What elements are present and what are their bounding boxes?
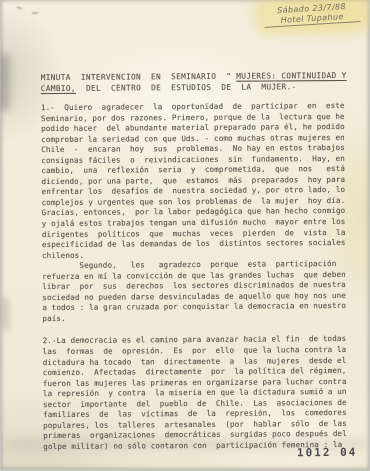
handwritten-note: Sábado 23/7/88 Hotel Tupahue <box>259 0 364 31</box>
title-line2-underlined: CAMBIO, <box>41 84 76 93</box>
page-number-stamp: 1012 04 <box>297 446 357 460</box>
scanned-page: Sábado 23/7/88 Hotel Tupahue MINUTA INTE… <box>0 0 370 471</box>
scan-smudge <box>0 54 10 110</box>
title-line1-plain: MINUTA INTERVENCION EN SEMINARIO " <box>41 72 237 82</box>
document-title: MINUTA INTERVENCION EN SEMINARIO " MUJER… <box>41 70 349 94</box>
paragraph-1: 1.- Quiero agradecer la oportunidad de p… <box>41 101 351 325</box>
pencil-mark <box>32 12 38 15</box>
paragraph-2: 2.-La democracia es el camino para avanz… <box>43 334 352 452</box>
paper: Sábado 23/7/88 Hotel Tupahue MINUTA INTE… <box>1 0 369 469</box>
scan-smudge <box>2 298 9 330</box>
title-line-2: CAMBIO, DEL CENTRO DE ESTUDIOS DE LA MUJ… <box>41 81 349 94</box>
title-line1-underlined: MUJERES: CONTINUIDAD Y <box>236 71 346 81</box>
pencil-mark <box>17 6 22 9</box>
title-line2-plain: DEL CENTRO DE ESTUDIOS DE LA MUJER.- <box>76 82 297 93</box>
typewritten-content: MINUTA INTERVENCION EN SEMINARIO " MUJER… <box>41 70 352 453</box>
